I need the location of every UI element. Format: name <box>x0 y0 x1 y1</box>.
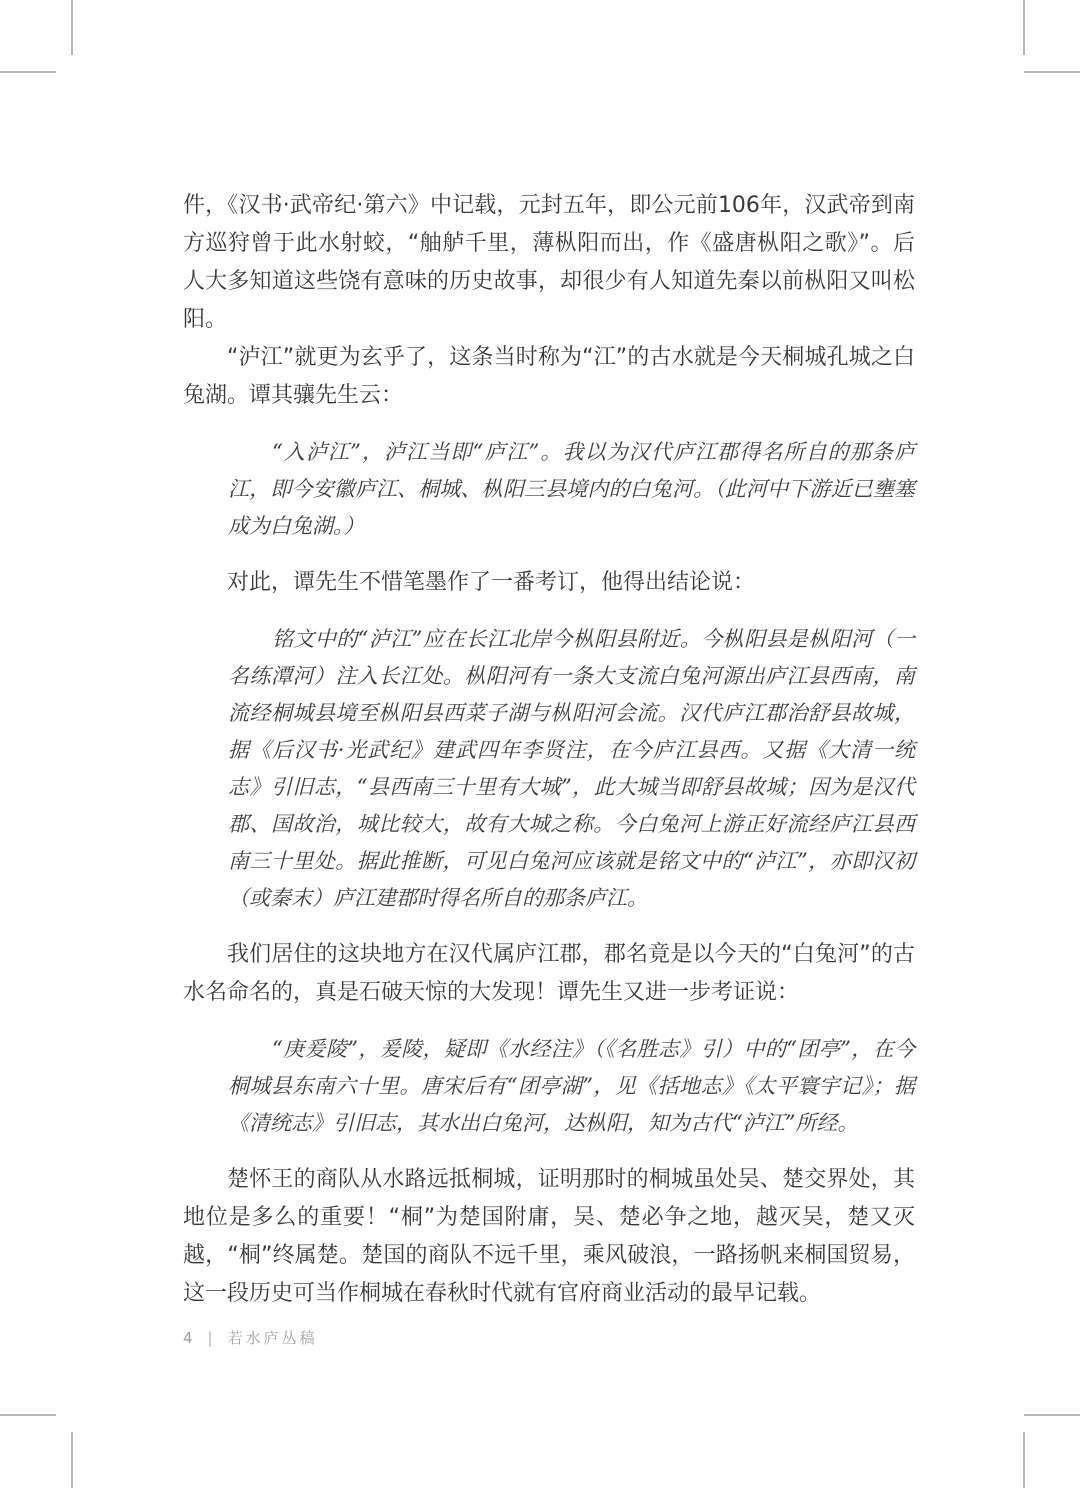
quote-tan-qixiang-3: “庚爰陵”，爰陵，疑即《水经注》（《名胜志》引）中的“团亭”，在今桐城县东南六十… <box>228 1031 915 1142</box>
page-footer: 4 | 若水庐丛稿 <box>183 1327 318 1348</box>
page-number: 4 <box>183 1329 193 1347</box>
crop-mark-bottom-left-horizontal <box>0 1414 56 1416</box>
crop-mark-top-right-horizontal <box>1024 71 1080 73</box>
crop-mark-bottom-right-vertical <box>1023 1432 1025 1488</box>
paragraph-chu-huai-wang: 楚怀王的商队从水路远抵桐城，证明那时的桐城虽处吴、楚交界处，其地位是多么的重要！… <box>183 1161 915 1313</box>
footer-separator: | <box>208 1329 213 1347</box>
page-body-text: 件，《汉书·武帝纪·第六》中记载，元封五年，即公元前106年，汉武帝到南方巡狩曾… <box>183 187 915 1313</box>
paragraph-lujiang-intro: “泸江”就更为玄乎了，这条当时称为“江”的古水就是今天桐城孔城之白兔湖。谭其骧先… <box>183 339 915 415</box>
book-title: 若水庐丛稿 <box>228 1327 318 1348</box>
paragraph-women-juzhu: 我们居住的这块地方在汉代属庐江郡，郡名竟是以今天的“白兔河”的古水名命名的，真是… <box>183 936 915 1012</box>
crop-mark-bottom-right-horizontal <box>1024 1414 1080 1416</box>
quote-tan-qixiang-1: “入泸江”，泸江当即“庐江”。我以为汉代庐江郡得名所自的那条庐江，即今安徽庐江、… <box>228 434 915 545</box>
crop-mark-top-left-horizontal <box>0 71 56 73</box>
book-page: 件，《汉书·武帝纪·第六》中记载，元封五年，即公元前106年，汉武帝到南方巡狩曾… <box>0 0 1080 1488</box>
paragraph-continuation: 件，《汉书·武帝纪·第六》中记载，元封五年，即公元前106年，汉武帝到南方巡狩曾… <box>183 187 915 339</box>
crop-mark-bottom-left-vertical <box>71 1432 73 1488</box>
paragraph-duici: 对此，谭先生不惜笔墨作了一番考订，他得出结论说： <box>183 564 915 602</box>
crop-mark-top-right-vertical <box>1023 0 1025 55</box>
quote-tan-qixiang-2: 铭文中的“泸江”应在长江北岸今枞阳县附近。今枞阳县是枞阳河（一名练潭河）注入长江… <box>228 621 915 917</box>
crop-mark-top-left-vertical <box>71 0 73 55</box>
